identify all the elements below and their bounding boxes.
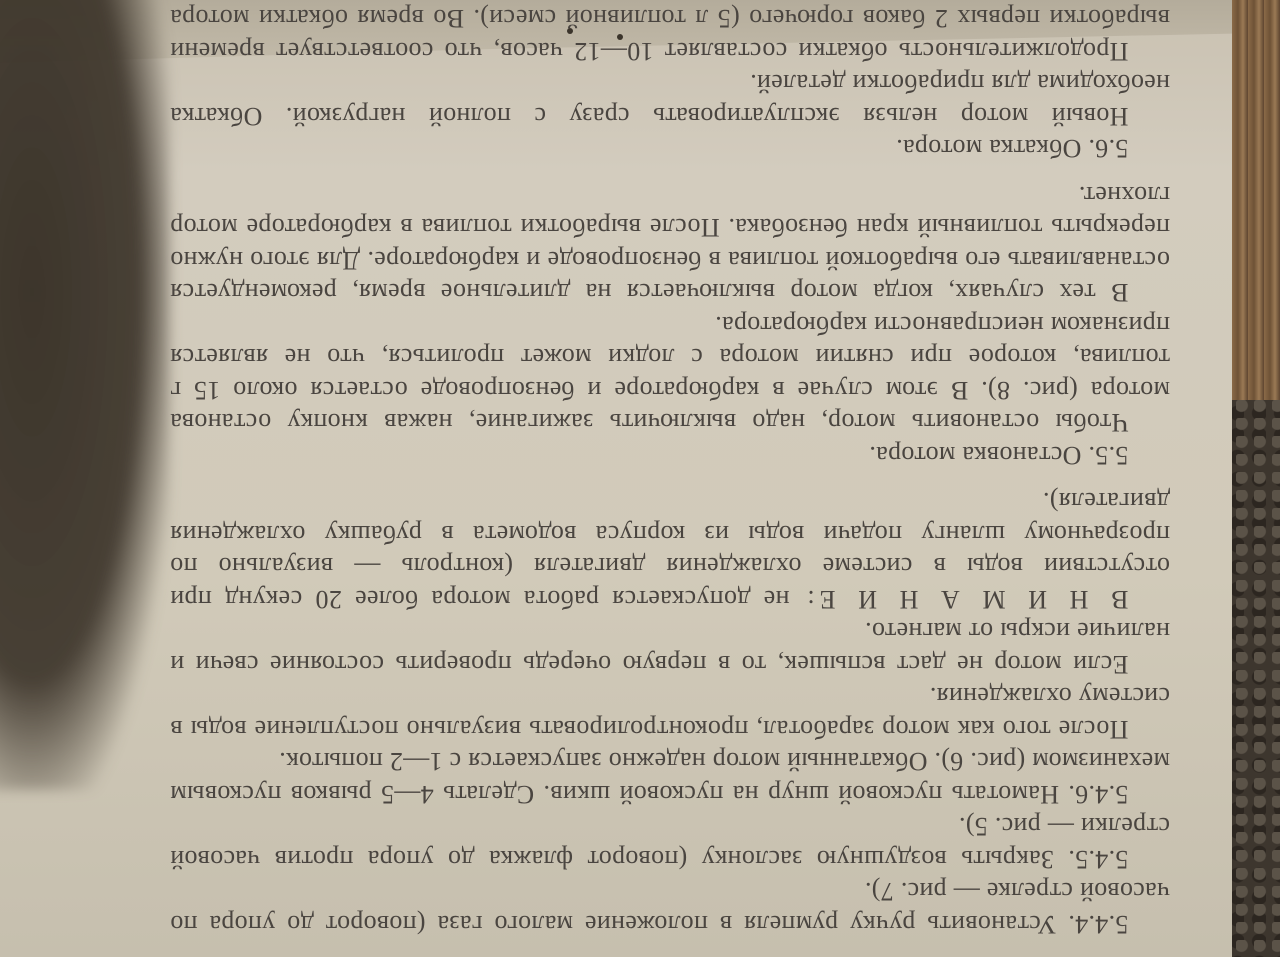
section-heading-5-5: 5.5. Остановка мотора.	[170, 439, 1170, 472]
paragraph-after-start: После того как мотор заработал, проконтр…	[170, 680, 1170, 745]
section-heading-5-6: 5.6. Обкатка мотора.	[170, 132, 1170, 165]
section-5-6-paragraph: Новый мотор нельзя эксплуатировать сразу…	[170, 67, 1170, 132]
attention-label: В Н И М А Н И Е:	[802, 585, 1128, 614]
paragraph-5-4-4: 5.4.4. Установить ручку румпеля в положе…	[170, 875, 1170, 940]
section-5-6-paragraph: Продолжительность обкатки составляет 10—…	[170, 0, 1170, 67]
photo: 5.4.4. Установить ручку румпеля в положе…	[0, 0, 1280, 957]
rotated-text-block: 5.4.4. Установить ручку румпеля в положе…	[170, 160, 1170, 940]
hand-shadow	[0, 0, 170, 790]
paragraph-5-4-6: 5.4.6. Намотать пусковой шнур на пусково…	[170, 745, 1170, 810]
manual-page: 5.4.4. Установить ручку румпеля в положе…	[0, 0, 1232, 957]
attention-note: В Н И М А Н И Е: не допускается работа м…	[170, 485, 1170, 615]
section-5-5-paragraph: Чтобы остановить мотор, надо выключить з…	[170, 309, 1170, 439]
paragraph-if-no-start: Если мотор не даст вспышек, то в первую …	[170, 615, 1170, 680]
page-text: 5.4.4. Установить ручку румпеля в положе…	[170, 0, 1170, 940]
paragraph-5-4-5: 5.4.5. Закрыть воздушную заслонку (повор…	[170, 810, 1170, 875]
section-5-5-paragraph: В тех случаях, когда мотор выключается н…	[170, 179, 1170, 309]
